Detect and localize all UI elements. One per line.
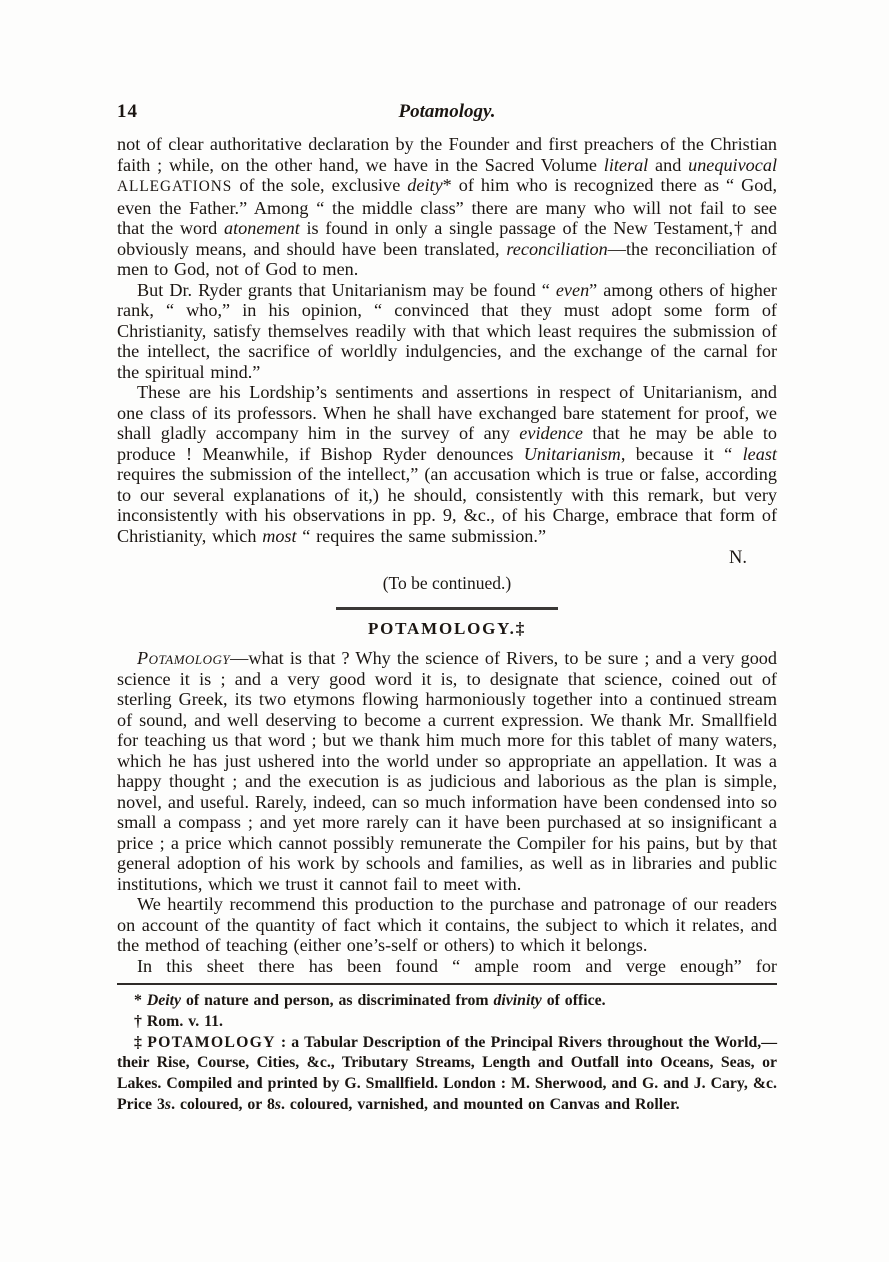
text-run: Potamology bbox=[137, 648, 230, 668]
article-unitarianism: not of clear authoritative declaration b… bbox=[117, 134, 777, 594]
text-run: and bbox=[648, 155, 688, 175]
body-paragraph: But Dr. Ryder grants that Unitarianism m… bbox=[117, 280, 777, 383]
body-paragraph: These are his Lordship’s sentiments and … bbox=[117, 382, 777, 546]
text-run: even bbox=[556, 280, 589, 300]
footnote: ‡ POTAMOLOGY : a Tabular Description of … bbox=[117, 1033, 777, 1116]
running-title: Potamology. bbox=[117, 101, 777, 123]
text-run: , because it “ bbox=[621, 444, 743, 464]
footnote: † Rom. v. 11. bbox=[117, 1012, 777, 1033]
text-run: Deity bbox=[147, 992, 181, 1009]
text-run: of the sole, exclusive bbox=[232, 175, 407, 195]
article-body: Potamology—what is that ? Why the scienc… bbox=[117, 648, 777, 976]
text-run: unequivocal bbox=[688, 155, 777, 175]
text-run: Unitarianism bbox=[524, 444, 621, 464]
text-run: of nature and person, as discriminated f… bbox=[181, 992, 493, 1009]
text-run: “ requires the same submission.” bbox=[297, 526, 546, 546]
author-signature: N. bbox=[117, 548, 777, 569]
article-potamology: POTAMOLOGY.‡ Potamology—what is that ? W… bbox=[117, 619, 777, 976]
footnotes-block: * Deity of nature and person, as discrim… bbox=[117, 991, 777, 1116]
continuation-note: (To be continued.) bbox=[117, 573, 777, 594]
text-run: In this sheet there has been found “ amp… bbox=[137, 956, 777, 976]
text-run: † Rom. v. 11. bbox=[134, 1013, 223, 1030]
text-run: —what is that ? Why the science of River… bbox=[117, 648, 777, 894]
text-run: But Dr. Ryder grants that Unitarianism m… bbox=[137, 280, 556, 300]
section-divider bbox=[336, 607, 558, 610]
text-run: divinity bbox=[493, 992, 541, 1009]
text-run: ALLEGATIONS bbox=[117, 178, 232, 195]
body-paragraph: In this sheet there has been found “ amp… bbox=[117, 956, 777, 977]
body-paragraph: We heartily recommend this production to… bbox=[117, 894, 777, 956]
scanned-page: 14 Potamology. not of clear authoritativ… bbox=[0, 0, 889, 1262]
body-paragraph: Potamology—what is that ? Why the scienc… bbox=[117, 648, 777, 894]
footnote: * Deity of nature and person, as discrim… bbox=[117, 991, 777, 1012]
text-run: deity bbox=[407, 175, 442, 195]
text-run: * bbox=[134, 992, 147, 1009]
footnote-divider bbox=[117, 983, 777, 985]
body-paragraph: not of clear authoritative declaration b… bbox=[117, 134, 777, 280]
text-run: of office. bbox=[542, 992, 606, 1009]
text-run: atonement bbox=[224, 218, 300, 238]
text-run: We heartily recommend this production to… bbox=[117, 894, 777, 955]
page-header: 14 Potamology. bbox=[117, 101, 777, 125]
text-block: 14 Potamology. not of clear authoritativ… bbox=[117, 0, 777, 1116]
text-run: . coloured, or 8 bbox=[171, 1096, 275, 1113]
text-run: reconciliation bbox=[506, 239, 607, 259]
text-run: least bbox=[743, 444, 777, 464]
text-run: evidence bbox=[519, 423, 583, 443]
text-run: literal bbox=[604, 155, 648, 175]
article-heading: POTAMOLOGY.‡ bbox=[117, 619, 777, 639]
article-body: not of clear authoritative declaration b… bbox=[117, 134, 777, 546]
text-run: ‡ bbox=[134, 1034, 147, 1051]
text-run: most bbox=[262, 526, 296, 546]
text-run: . coloured, varnished, and mounted on Ca… bbox=[281, 1096, 680, 1113]
text-run: POTAMOLOGY bbox=[147, 1034, 275, 1051]
